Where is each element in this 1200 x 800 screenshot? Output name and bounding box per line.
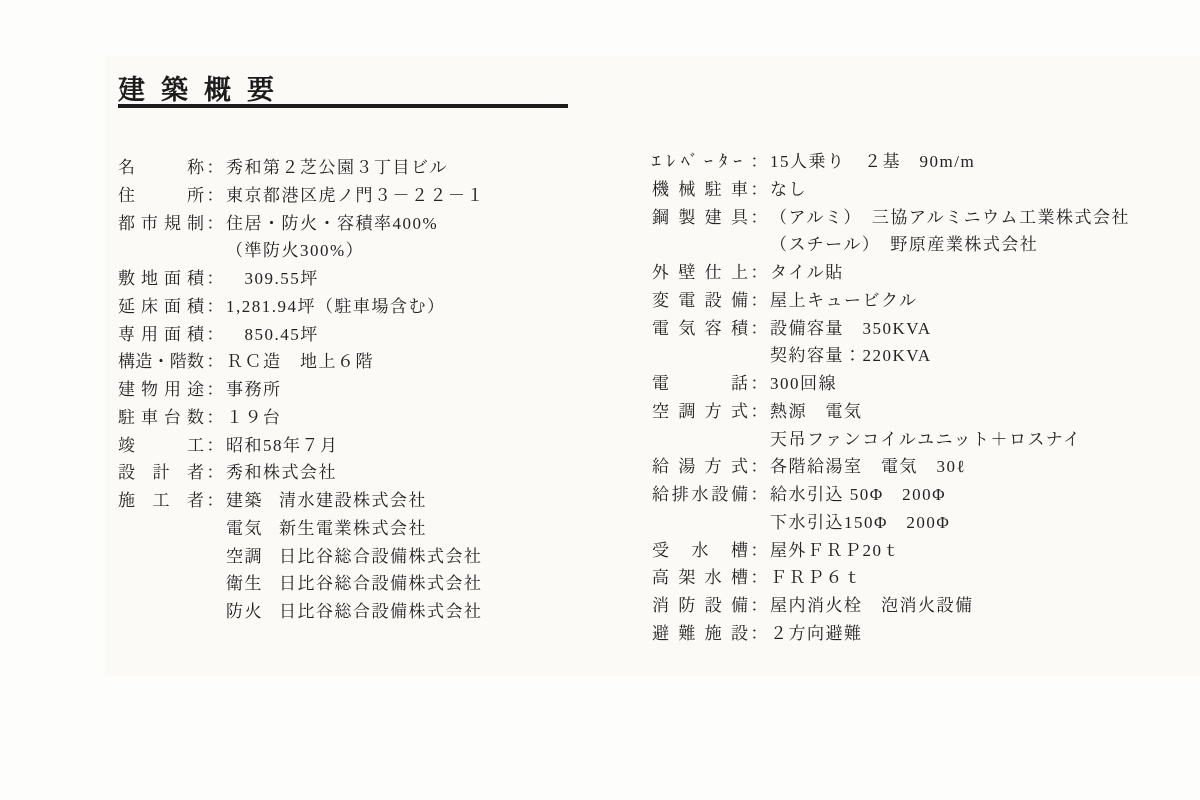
contractor-trade: 建築 (226, 487, 279, 515)
field-label: 竣 工 (118, 432, 204, 460)
field-row-elevated-tank: 高架水槽：ＦＲＰ６ｔ (652, 564, 1172, 592)
field-label: 延床面積 (118, 293, 204, 321)
field-value: 秀和株式会社 (226, 463, 337, 482)
field-value: 設備容量 350KVA (770, 319, 932, 338)
label-colon: ： (204, 154, 226, 182)
field-row-hvac-system-cont: 天吊ファンコイルユニット＋ロスナイ (652, 426, 1172, 454)
label-colon: ： (748, 453, 770, 481)
field-row-contractor-sanitary: 衛生日比谷総合設備株式会社 (118, 570, 588, 598)
field-row-parking-count: 駐車台数：１９台 (118, 404, 588, 432)
label-colon: ： (748, 592, 770, 620)
field-value: 1,281.94坪（駐車場含む） (226, 297, 446, 316)
field-row-building-use: 建物用途：事務所 (118, 376, 588, 404)
contractor-company: 新生電業株式会社 (279, 519, 427, 538)
field-row-plumbing: 給排水設備：給水引込 50Φ 200Φ (652, 481, 1172, 509)
field-label: 給排水設備 (652, 481, 748, 509)
contractor-trade: 電気 (226, 515, 279, 543)
label-colon: ： (204, 293, 226, 321)
field-label: 鋼製建具 (652, 204, 748, 232)
field-value: １９台 (226, 408, 282, 427)
label-colon: ： (204, 487, 226, 515)
title-underline (118, 104, 568, 108)
label-colon: ： (748, 259, 770, 287)
field-value: 住居・防火・容積率400% (226, 214, 438, 233)
field-label: 空調方式 (652, 398, 748, 426)
contractor-trade: 衛生 (226, 570, 279, 598)
label-colon: ： (204, 459, 226, 487)
field-value: （アルミ） 三協アルミニウム工業株式会社 (770, 208, 1130, 227)
field-label: 住 所 (118, 182, 204, 210)
field-label: 外壁仕上 (652, 259, 748, 287)
field-value: ＲＣ造 地上６階 (226, 352, 374, 371)
field-row-name: 名 称：秀和第２芝公園３丁目ビル (118, 154, 588, 182)
field-value: （準防火300%） (226, 241, 364, 260)
right-column: ｴﾚﾍﾞｰﾀｰ：15人乗り ２基 90m/m 機械駐車：なし 鋼製建具：（アルミ… (652, 148, 1172, 648)
field-row-substation: 変電設備：屋上キュービクル (652, 287, 1172, 315)
field-value: （スチール） 野原産業株式会社 (770, 235, 1038, 254)
field-value: 東京都港区虎ノ門３－２２－１ (226, 186, 485, 205)
contractor-company: 日比谷総合設備株式会社 (279, 602, 483, 621)
label-colon: ： (204, 265, 226, 293)
document-page: 建築概要 名 称：秀和第２芝公園３丁目ビル 住 所：東京都港区虎ノ門３－２２－１… (0, 0, 1200, 800)
field-value: 屋外ＦＲＰ20ｔ (770, 541, 901, 560)
field-value: 契約容量：220KVA (770, 346, 932, 365)
field-label: 電 話 (652, 370, 748, 398)
field-label: 設 計 者 (118, 459, 204, 487)
field-row-hot-water: 給湯方式：各階給湯室 電気 30ℓ (652, 453, 1172, 481)
field-value: 秀和第２芝公園３丁目ビル (226, 158, 448, 177)
label-colon: ： (748, 481, 770, 509)
field-row-exclusive-area: 専用面積： 850.45坪 (118, 321, 588, 349)
field-label: 変電設備 (652, 287, 748, 315)
field-value: 屋上キュービクル (770, 291, 918, 310)
field-row-zoning: 都市規制：住居・防火・容積率400% (118, 210, 588, 238)
field-value: 給水引込 50Φ 200Φ (770, 485, 946, 504)
field-value: 屋内消火栓 泡消火設備 (770, 596, 974, 615)
label-colon: ： (204, 210, 226, 238)
field-value: 熱源 電気 (770, 402, 863, 421)
label-colon: ： (748, 620, 770, 648)
field-label: 消防設備 (652, 592, 748, 620)
field-row-site-area: 敷地面積： 309.55坪 (118, 265, 588, 293)
field-row-contractor-architecture: 施 工 者：建築清水建設株式会社 (118, 487, 588, 515)
label-colon: ： (204, 182, 226, 210)
label-colon: ： (748, 204, 770, 232)
field-row-contractor-electric: 電気新生電業株式会社 (118, 515, 588, 543)
label-colon: ： (204, 348, 226, 376)
field-label: 建物用途 (118, 376, 204, 404)
field-value: 事務所 (226, 380, 282, 399)
field-row-floor-area: 延床面積：1,281.94坪（駐車場含む） (118, 293, 588, 321)
field-label: 名 称 (118, 154, 204, 182)
field-row-completion: 竣 工：昭和58年７月 (118, 432, 588, 460)
field-value: 300回線 (770, 374, 837, 393)
field-row-contractor-fire: 防火日比谷総合設備株式会社 (118, 598, 588, 626)
field-label: 受 水 槽 (652, 537, 748, 565)
field-row-plumbing-cont: 下水引込150Φ 200Φ (652, 509, 1172, 537)
field-row-address: 住 所：東京都港区虎ノ門３－２２－１ (118, 182, 588, 210)
field-label: 駐車台数 (118, 404, 204, 432)
field-value: 15人乗り ２基 90m/m (770, 152, 975, 171)
label-colon: ： (204, 376, 226, 404)
field-row-elevator: ｴﾚﾍﾞｰﾀｰ：15人乗り ２基 90m/m (652, 148, 1172, 176)
contractor-company: 日比谷総合設備株式会社 (279, 547, 483, 566)
field-value: 昭和58年７月 (226, 436, 339, 455)
field-label: 都市規制 (118, 210, 204, 238)
contractor-trade: 防火 (226, 598, 279, 626)
label-colon: ： (204, 321, 226, 349)
field-row-electric-capacity-cont: 契約容量：220KVA (652, 342, 1172, 370)
field-row-structure: 構造・階数：ＲＣ造 地上６階 (118, 348, 588, 376)
field-value: タイル貼 (770, 263, 844, 282)
field-label: 敷地面積 (118, 265, 204, 293)
label-colon: ： (748, 537, 770, 565)
contractor-company: 清水建設株式会社 (279, 491, 427, 510)
field-label: ｴﾚﾍﾞｰﾀｰ (652, 148, 748, 176)
label-colon: ： (748, 315, 770, 343)
field-value: ２方向避難 (770, 624, 863, 643)
field-value: 各階給湯室 電気 30ℓ (770, 457, 966, 476)
field-label: 専用面積 (118, 321, 204, 349)
field-row-evacuation: 避難施設：２方向避難 (652, 620, 1172, 648)
field-value: ＦＲＰ６ｔ (770, 568, 863, 587)
label-colon: ： (748, 398, 770, 426)
label-colon: ： (204, 432, 226, 460)
field-row-hvac-system: 空調方式：熱源 電気 (652, 398, 1172, 426)
field-label: 高架水槽 (652, 564, 748, 592)
contractor-trade: 空調 (226, 543, 279, 571)
field-row-water-tank: 受 水 槽：屋外ＦＲＰ20ｔ (652, 537, 1172, 565)
field-row-electric-capacity: 電気容積：設備容量 350KVA (652, 315, 1172, 343)
field-value: 850.45坪 (226, 325, 319, 344)
page-title: 建築概要 (118, 68, 290, 107)
field-row-steel-fittings: 鋼製建具：（アルミ） 三協アルミニウム工業株式会社 (652, 204, 1172, 232)
field-value: なし (770, 180, 807, 199)
field-label: 避難施設 (652, 620, 748, 648)
contractor-company: 日比谷総合設備株式会社 (279, 574, 483, 593)
left-column: 名 称：秀和第２芝公園３丁目ビル 住 所：東京都港区虎ノ門３－２２－１ 都市規制… (118, 154, 588, 626)
field-value: 309.55坪 (226, 269, 319, 288)
field-row-zoning-cont: （準防火300%） (118, 237, 588, 265)
field-row-mechanical-parking: 機械駐車：なし (652, 176, 1172, 204)
label-colon: ： (748, 148, 770, 176)
field-label: 施 工 者 (118, 487, 204, 515)
label-colon: ： (748, 370, 770, 398)
field-row-steel-fittings-cont: （スチール） 野原産業株式会社 (652, 231, 1172, 259)
field-row-fire-equipment: 消防設備：屋内消火栓 泡消火設備 (652, 592, 1172, 620)
field-value: 天吊ファンコイルユニット＋ロスナイ (770, 430, 1081, 449)
field-value: 下水引込150Φ 200Φ (770, 513, 950, 532)
label-colon: ： (204, 404, 226, 432)
field-row-telephone: 電 話：300回線 (652, 370, 1172, 398)
field-row-exterior-finish: 外壁仕上：タイル貼 (652, 259, 1172, 287)
field-label: 機械駐車 (652, 176, 748, 204)
field-label: 構造・階数 (118, 348, 204, 376)
field-row-designer: 設 計 者：秀和株式会社 (118, 459, 588, 487)
field-row-contractor-hvac: 空調日比谷総合設備株式会社 (118, 543, 588, 571)
label-colon: ： (748, 564, 770, 592)
field-label: 給湯方式 (652, 453, 748, 481)
field-label: 電気容積 (652, 315, 748, 343)
label-colon: ： (748, 287, 770, 315)
label-colon: ： (748, 176, 770, 204)
